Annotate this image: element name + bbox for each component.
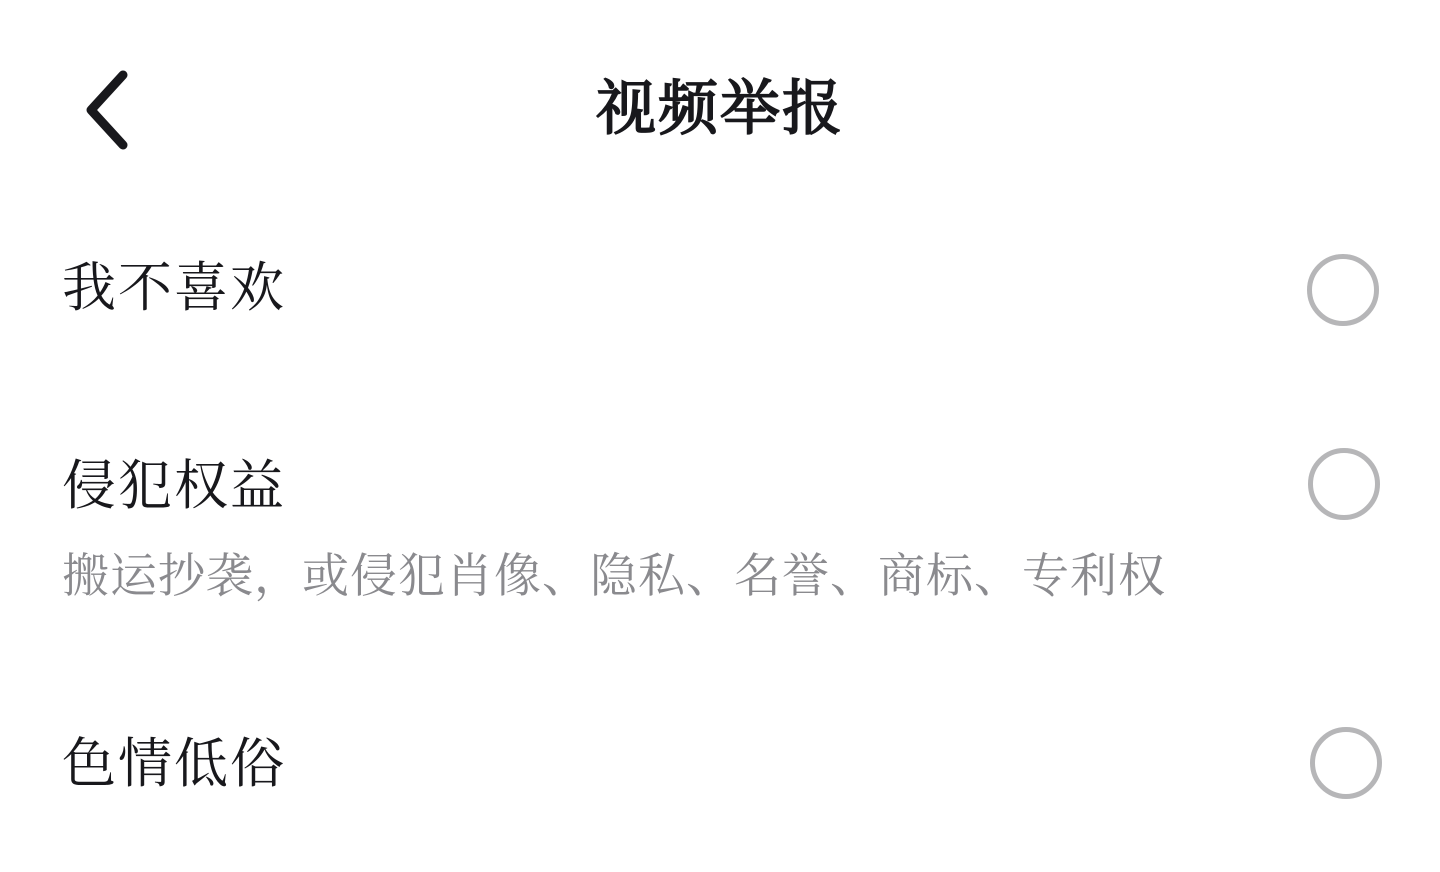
option-label: 我不喜欢 [62, 256, 286, 320]
page-title: 视频举报 [0, 73, 1440, 145]
option-label: 侵犯权益 [62, 454, 286, 518]
radio-unselected-icon[interactable] [1310, 727, 1382, 799]
radio-unselected-icon[interactable] [1307, 254, 1379, 326]
radio-unselected-icon[interactable] [1308, 448, 1380, 520]
option-label: 色情低俗 [62, 732, 286, 796]
report-screen: 视频举报 我不喜欢 侵犯权益 搬运抄袭，或侵犯肖像、隐私、名誉、商标、专利权 色… [0, 0, 1440, 872]
option-description: 搬运抄袭，或侵犯肖像、隐私、名誉、商标、专利权 [62, 547, 1166, 605]
header: 视频举报 [0, 0, 1440, 180]
